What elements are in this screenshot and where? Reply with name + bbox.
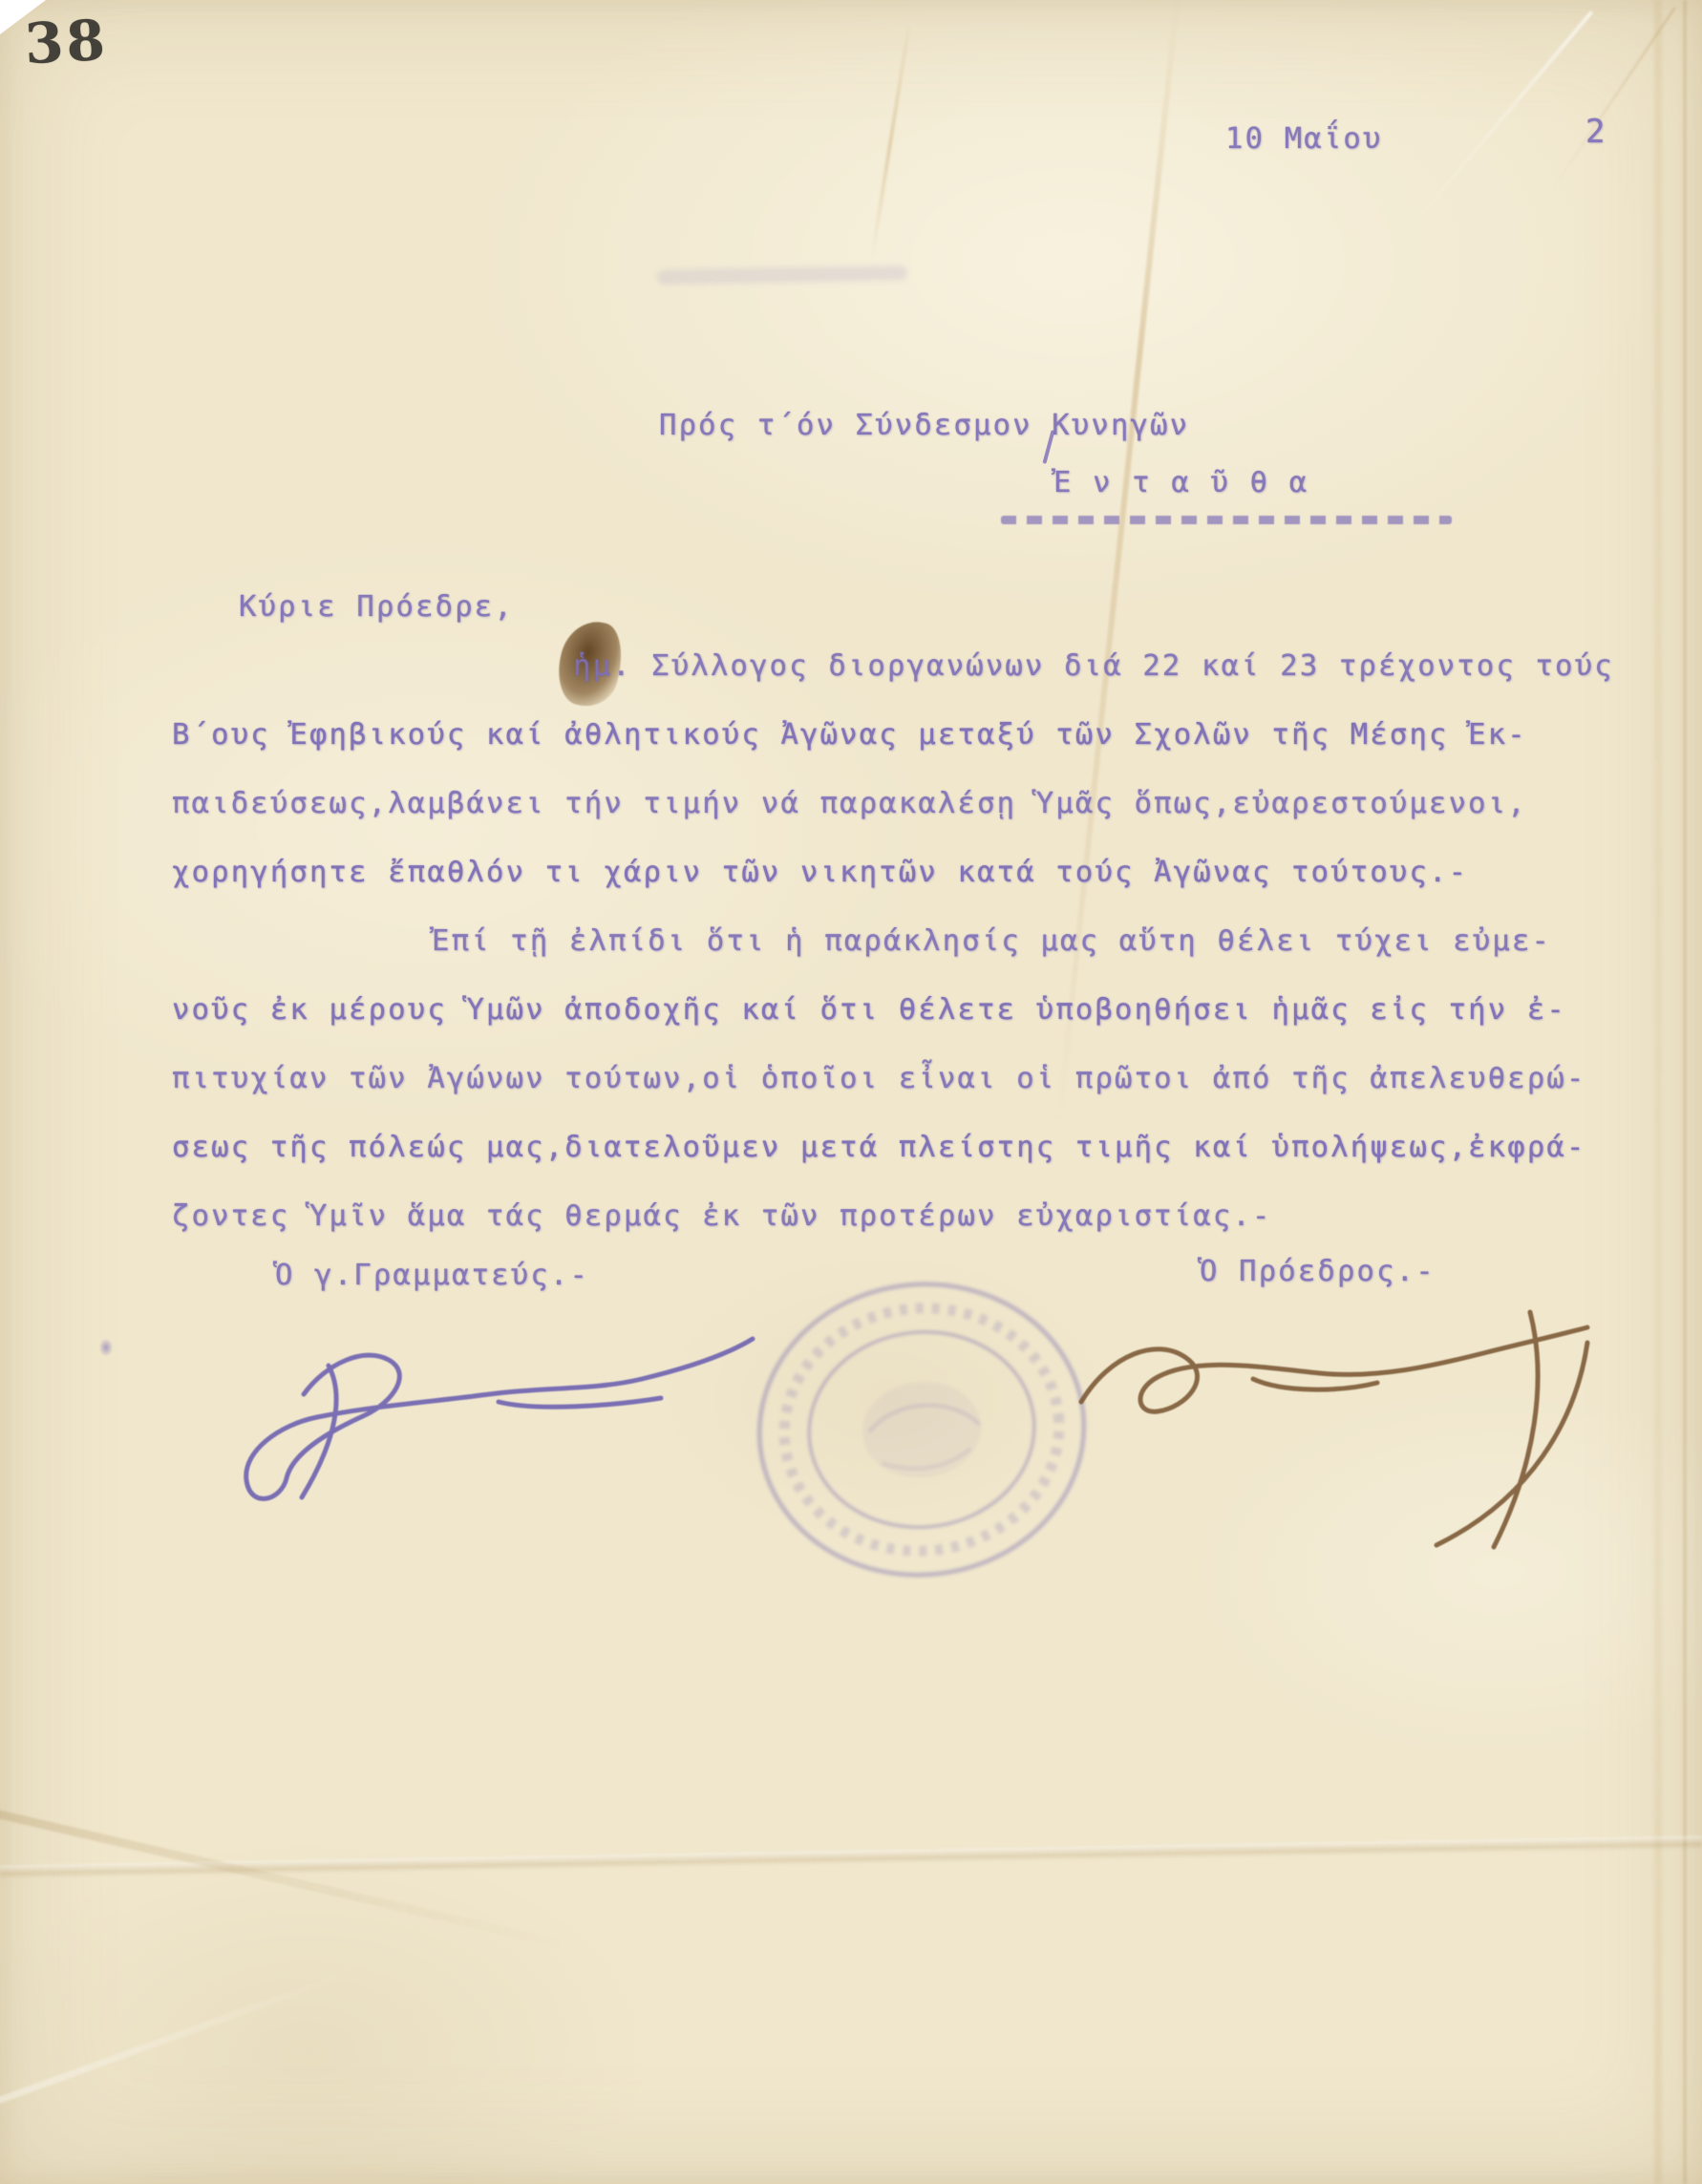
paper-crease bbox=[1654, 0, 1662, 2184]
secretary-signature bbox=[212, 1310, 785, 1511]
letter-date: 10 Μαΐου bbox=[1225, 122, 1383, 156]
paper-crease bbox=[0, 1799, 566, 1949]
president-signature bbox=[1053, 1287, 1626, 1569]
letter-body: ἡμ. Σύλλογος διοργανώνων διά 22 καί 23 τ… bbox=[172, 632, 1614, 1251]
archival-number: 38 bbox=[23, 8, 109, 76]
paper-crease bbox=[0, 1835, 1702, 1878]
recipient-place: Ἐ ν τ α ῦ θ α bbox=[1053, 466, 1308, 499]
body-line: ζοντες Ὑμῖν ἅμα τάς θερμάς ἐκ τῶν προτέρ… bbox=[172, 1182, 1614, 1251]
salutation: Κύριε Πρόεδρε, bbox=[239, 590, 514, 624]
paper-crease bbox=[870, 28, 910, 260]
body-line: νοῦς ἐκ μέρους Ὑμῶν ἀποδοχῆς καί ὅτι θέλ… bbox=[172, 976, 1614, 1045]
president-title: Ὁ Πρόεδρος.- bbox=[1200, 1255, 1436, 1288]
ink-smudge bbox=[657, 265, 907, 286]
body-line: χορηγήσητε ἔπαθλόν τι χάριν τῶν νικητῶν … bbox=[172, 838, 1614, 907]
secretary-title: Ὁ γ.Γραμματεύς.- bbox=[275, 1259, 589, 1292]
body-line: ἡμ. Σύλλογος διοργανώνων διά 22 καί 23 τ… bbox=[172, 632, 1614, 701]
scanned-letter-page: 38 10 Μαΐου 2 Πρός τ΄όν Σύνδεσμον Κυνηγῶ… bbox=[0, 0, 1702, 2184]
body-line: σεως τῆς πόλεώς μας,διατελοῦμεν μετά πλε… bbox=[172, 1113, 1614, 1182]
body-line: πιτυχίαν τῶν Ἀγώνων τούτων,οἱ ὁποῖοι εἶν… bbox=[172, 1045, 1614, 1113]
recipient-line: Πρός τ΄όν Σύνδεσμον Κυνηγῶν bbox=[659, 409, 1189, 442]
body-line: Ἐπί τῇ ἐλπίδι ὅτι ἡ παράκλησίς μας αὕτη … bbox=[172, 907, 1614, 976]
paper-crease bbox=[1683, 0, 1687, 2184]
paper-crease bbox=[0, 1965, 362, 2109]
body-line: παιδεύσεως,λαμβάνει τήν τιμήν νά παρακαλ… bbox=[172, 770, 1614, 838]
page-number: 2 bbox=[1585, 113, 1607, 151]
body-line: Β΄ους Ἐφηβικούς καί ἀθλητικούς Ἀγῶνας με… bbox=[172, 701, 1614, 770]
paper-crease bbox=[1400, 11, 1593, 240]
paper-crease bbox=[1551, 7, 1676, 190]
margin-ink-mark bbox=[99, 1339, 113, 1356]
dashed-underline bbox=[1001, 516, 1452, 524]
